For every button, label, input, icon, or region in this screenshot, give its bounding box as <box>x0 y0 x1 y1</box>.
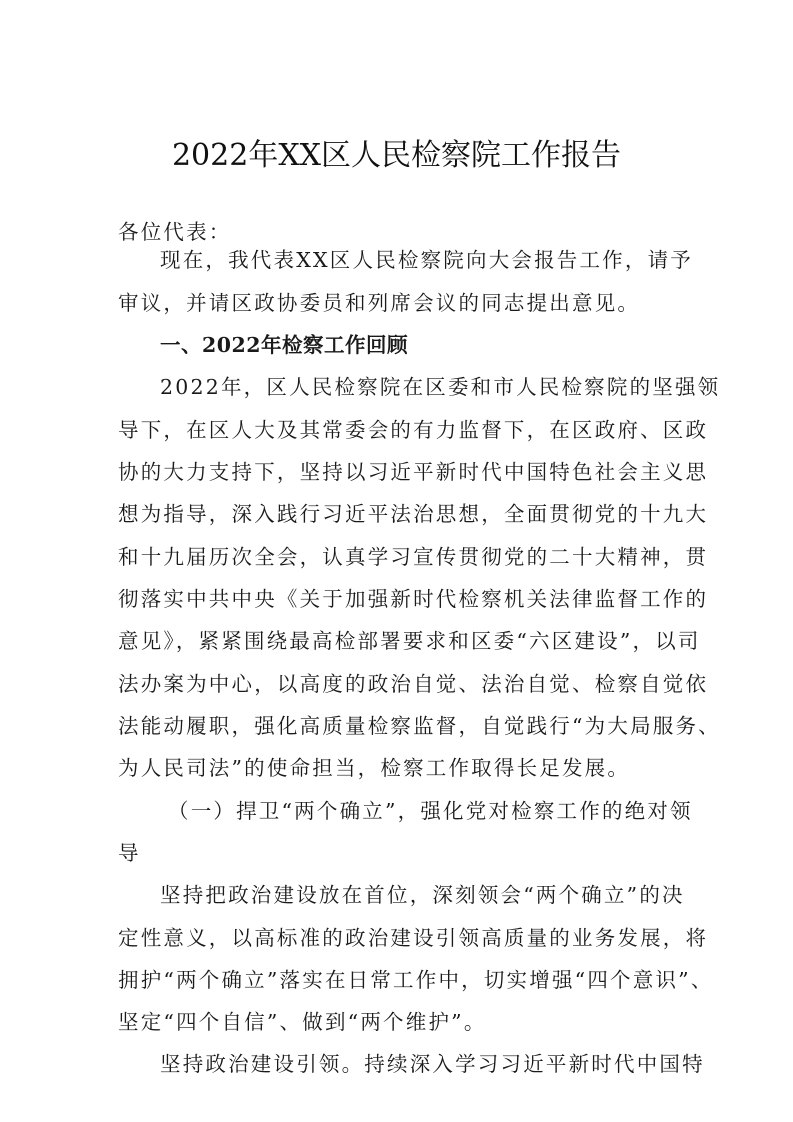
paragraph-line: 2022年，区人民检察院在区委和市人民检察院的坚强领 <box>160 373 730 401</box>
paragraph-line: 法能动履职，强化高质量检察监督，自觉践行“为大局服务、 <box>118 712 688 740</box>
paragraph-line: 想为指导，深入践行习近平法治思想，全面贯彻党的十九大 <box>118 500 688 528</box>
paragraph-line: 导下，在区人大及其常委会的有力监督下，在区政府、区政 <box>118 416 688 444</box>
paragraph-line: 彻落实中共中央《关于加强新时代检察机关法律监督工作的 <box>118 585 688 613</box>
paragraph-line: 和十九届历次全会，认真学习宣传贯彻党的二十大精神，贯 <box>118 543 688 571</box>
paragraph-line: 导 <box>118 839 688 867</box>
salutation: 各位代表： <box>118 218 688 246</box>
subsection-heading: （一）捍卫“两个确立”，强化党对检察工作的绝对领 <box>168 797 738 825</box>
paragraph-line: 坚持把政治建设放在首位，深刻领会“两个确立”的决 <box>160 881 730 909</box>
paragraph-line: 坚定“四个自信”、做到“两个维护”。 <box>118 1008 688 1036</box>
paragraph-line: 为人民司法”的使命担当，检察工作取得长足发展。 <box>118 754 688 782</box>
paragraph-line: 坚持政治建设引领。持续深入学习习近平新时代中国特 <box>160 1050 730 1078</box>
paragraph-line: 现在，我代表XX区人民检察院向大会报告工作，请予 <box>160 246 730 274</box>
paragraph-line: 拥护“两个确立”落实在日常工作中，切实增强“四个意识”、 <box>118 966 688 994</box>
paragraph-line: 定性意义，以高标准的政治建设引领高质量的业务发展，将 <box>118 924 688 952</box>
paragraph-line: 审议，并请区政协委员和列席会议的同志提出意见。 <box>118 289 688 317</box>
paragraph-line: 意见》，紧紧围绕最高检部署要求和区委“六区建设”，以司 <box>118 627 688 655</box>
section-heading: 一、2022年检察工作回顾 <box>160 331 730 359</box>
paragraph-line: 协的大力支持下，坚持以习近平新时代中国特色社会主义思 <box>118 458 688 486</box>
document-page: 2022年XX区人民检察院工作报告 各位代表： 现在，我代表XX区人民检察院向大… <box>0 0 793 1122</box>
document-title: 2022年XX区人民检察院工作报告 <box>0 136 793 176</box>
paragraph-line: 法办案为中心，以高度的政治自觉、法治自觉、检察自觉依 <box>118 670 688 698</box>
